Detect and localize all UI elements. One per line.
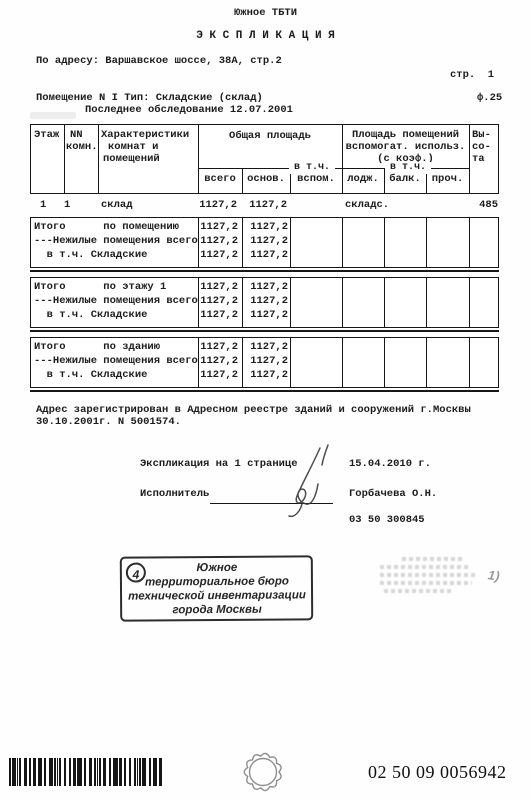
summary-total: 1127,2 (198, 341, 238, 353)
summary-total: 1127,2 (198, 235, 238, 247)
col-other: проч. (426, 173, 469, 185)
barcode (9, 758, 164, 786)
summary-label: Итого по зданию (34, 341, 160, 353)
summary-main: 1127,2 (246, 249, 288, 261)
summary-total: 1127,2 (198, 281, 238, 293)
executor-name: Горбачева О.Н. (349, 488, 437, 500)
double-rule (30, 390, 499, 392)
ghost-mark: 1) (487, 567, 501, 583)
summary-label: в т.ч. Складские (34, 309, 147, 321)
explication-pages-line: Экспликация на 1 странице (140, 458, 298, 470)
grid-line (242, 218, 243, 267)
summary-label: ---Нежилые помещения всего (34, 295, 198, 307)
summary-label: Итого по помещению (34, 221, 179, 233)
grid-line (469, 278, 470, 327)
grid-line (290, 218, 291, 267)
explication-document: Южное ТБТИ Э К С П Л И К А Ц И Я По адре… (0, 0, 531, 800)
grid-line (426, 338, 427, 387)
grid-line (384, 218, 385, 267)
double-rule (30, 270, 499, 272)
stamp-text: Южное территориальное бюро технической и… (110, 560, 324, 617)
form-code: ф.25 (477, 92, 502, 104)
col-characteristics-1: Характеристики (101, 129, 189, 141)
summary-main: 1127,2 (246, 355, 288, 367)
grid-line (469, 218, 470, 267)
premise-line: Помещение N I Тип: Складские (склад) (36, 92, 263, 104)
double-rule (30, 330, 499, 332)
grid-line (384, 338, 385, 387)
col-height-1: Вы- (472, 129, 491, 141)
grid-line (342, 338, 343, 387)
summary-main: 1127,2 (246, 295, 288, 307)
row-note: складс. (345, 199, 389, 211)
row-name: склад (101, 199, 133, 211)
col-group-aux-area-1: Площадь помещений (342, 129, 469, 141)
ghost-line (380, 565, 470, 569)
col-aux: вспом. (290, 173, 342, 185)
grid-line (242, 278, 243, 327)
grid-line (426, 218, 427, 267)
row-room: 1 (64, 199, 70, 211)
summary-block-premise: Итого по помещению ---Нежилые помещения … (30, 217, 499, 268)
summary-total: 1127,2 (198, 295, 238, 307)
executor-label: Исполнитель (140, 488, 209, 500)
summary-label: ---Нежилые помещения всего (34, 235, 198, 247)
grid-line (384, 278, 385, 327)
col-height-2: со- (472, 141, 491, 153)
summary-main: 1127,2 (246, 235, 288, 247)
grid-line (342, 218, 343, 267)
col-balcony: балк. (384, 173, 426, 185)
summary-label: ---Нежилые помещения всего (34, 355, 198, 367)
col-characteristics-3: помещений (103, 153, 160, 165)
summary-total: 1127,2 (198, 221, 238, 233)
handwritten-signature (278, 442, 338, 522)
summary-main: 1127,2 (246, 309, 288, 321)
col-characteristics-2: комнат и (108, 141, 158, 153)
date-value: 15.04.2010 г. (349, 458, 431, 470)
col-group-aux-area-2: вспомогат. использ. (342, 141, 469, 153)
summary-block-building: Итого по зданию ---Нежилые помещения все… (30, 337, 499, 388)
stamp-line-4: города Москвы (110, 602, 324, 617)
org-name: Южное ТБТИ (0, 7, 531, 19)
address-line: По адресу: Варшавское шоссе, 38А, стр.2 (36, 55, 282, 67)
ghost-line (380, 581, 472, 585)
col-loggia: лодж. (342, 173, 384, 185)
grid-line (290, 278, 291, 327)
col-total: всего (198, 173, 242, 185)
col-main: основ. (242, 173, 290, 185)
grid-line (64, 125, 65, 193)
survey-line: Последнее обследование 12.07.2001 (85, 104, 293, 116)
executor-code: 03 50 300845 (349, 514, 425, 526)
grid-line (426, 278, 427, 327)
col-height-3: та (472, 153, 485, 165)
summary-label: в т.ч. Складские (34, 249, 147, 261)
summary-main: 1127,2 (246, 341, 288, 353)
ghost-line (380, 573, 476, 577)
summary-total: 1127,2 (198, 249, 238, 261)
bti-stamp: 4 Южное территориальное бюро технической… (120, 555, 313, 621)
summary-total: 1127,2 (198, 355, 238, 367)
summary-total: 1127,2 (198, 369, 238, 381)
stamp-line-1: Южное (110, 560, 324, 575)
row-main: 1127,2 (245, 199, 287, 211)
summary-main: 1127,2 (246, 369, 288, 381)
col-room-number-2: комн. (66, 141, 98, 153)
summary-label: Итого по этажу 1 (34, 281, 166, 293)
grid-line (98, 125, 99, 193)
registry-note-line2: 30.10.2001г. N 5001574. (36, 416, 181, 428)
grid-line (242, 338, 243, 387)
row-floor: 1 (40, 199, 46, 211)
embossed-seal (241, 750, 285, 794)
summary-main: 1127,2 (246, 221, 288, 233)
ghost-line (384, 589, 454, 593)
summary-main: 1127,2 (246, 281, 288, 293)
grid-line (469, 338, 470, 387)
grid-line (469, 125, 470, 193)
grid-line (342, 278, 343, 327)
table-header: Этаж NN комн. Характеристики комнат и по… (30, 124, 499, 194)
stamp-line-3: технической инвентаризации (110, 588, 324, 603)
doc-title: Э К С П Л И К А Ц И Я (0, 30, 531, 42)
ghost-print (380, 553, 476, 597)
scan-artifact (30, 112, 76, 119)
col-room-number: NN (70, 129, 83, 141)
registry-note-line1: Адрес зарегистрирован в Адресном реестре… (36, 404, 471, 416)
summary-label: в т.ч. Складские (34, 369, 147, 381)
col-group-total-area: Общая площадь (198, 130, 342, 142)
stamp-line-2: территориальное бюро (110, 574, 324, 589)
row-height: 485 (470, 199, 498, 211)
summary-total: 1127,2 (198, 309, 238, 321)
summary-block-floor: Итого по этажу 1 ---Нежилые помещения вс… (30, 277, 499, 328)
col-floor: Этаж (34, 129, 59, 141)
row-total: 1127,2 (197, 199, 237, 211)
ghost-line (402, 557, 464, 561)
document-number: 02 50 09 0056942 (368, 762, 507, 783)
grid-line (290, 338, 291, 387)
page-indicator: стр. 1 (450, 69, 494, 81)
